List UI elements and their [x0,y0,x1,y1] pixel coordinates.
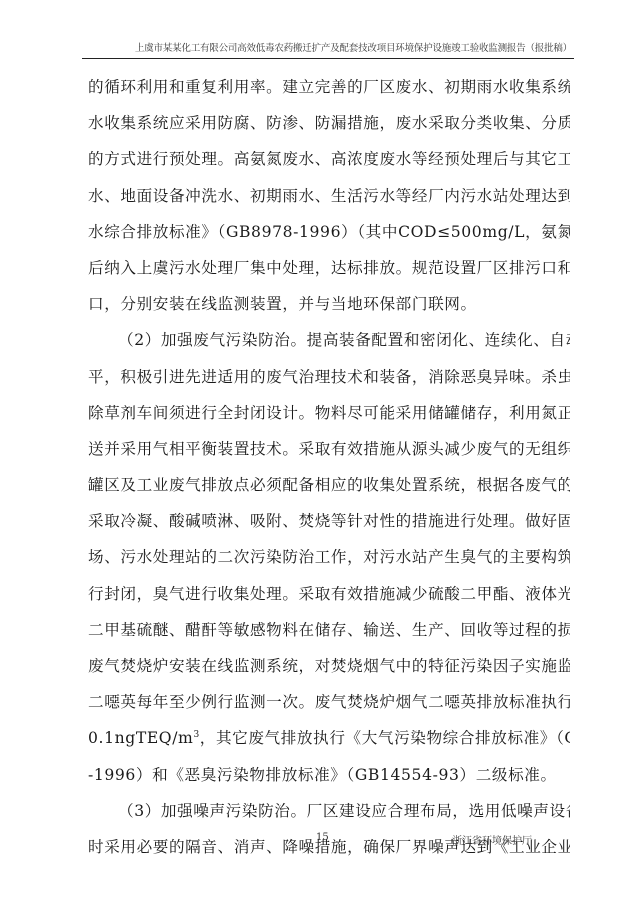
text-line: 的方式进行预处理。高氨氮废水、高浓度废水等经预处理后与其它工艺废 [88,141,570,177]
text-line: -1996）和《恶臭污染物排放标准》（GB14554-93）二级标准。 [88,757,570,793]
text-line: 采取冷凝、酸碱喷淋、吸附、焚烧等针对性的措施进行处理。做好固废堆 [88,503,570,539]
text-line: 送并采用气相平衡装置技术。采取有效措施从源头减少废气的无组织排放。 [88,431,570,467]
text-line: 水收集系统应采用防腐、防渗、防漏措施，废水采取分类收集、分质处理 [88,105,570,141]
text-line: 口，分别安装在线监测装置，并与当地环保部门联网。 [88,286,570,322]
header-divider [82,58,574,59]
text-line: 二噁英每年至少例行监测一次。废气焚烧炉烟气二噁英排放标准执行 [88,684,570,720]
text-line: 平，积极引进先进适用的废气治理技术和装备，消除恶臭异味。杀虫剂、 [88,359,570,395]
text-line: 后纳入上虞污水处理厂集中处理，达标排放。规范设置厂区排污口和雨排 [88,250,570,286]
text-line: 行封闭，臭气进行收集处理。采取有效措施减少硫酸二甲酯、液体光气、 [88,576,570,612]
document-body: 的循环利用和重复利用率。建立完善的厂区废水、初期雨水收集系统，污 水收集系统应采… [88,69,570,865]
text-line: 二甲基硫醚、醋酐等敏感物料在储存、输送、生产、回收等过程的损耗。 [88,612,570,648]
text-line: 罐区及工业废气排放点必须配备相应的收集处置系统，根据各废气的特点 [88,467,570,503]
text-line: 的循环利用和重复利用率。建立完善的厂区废水、初期雨水收集系统，污 [88,69,570,105]
paragraph-heading-noise-pollution: （3）加强噪声污染防治。厂区建设应合理布局，选用低噪声设备，同 [88,793,570,829]
emission-standard-text: ，其它废气排放执行《大气污染物综合排放标准》（GB16297 [200,729,570,747]
emission-value: 0.1ngTEQ/m [88,729,193,747]
text-line: 除草剂车间须进行全封闭设计。物料尽可能采用储罐储存，利用氮正压输 [88,395,570,431]
paragraph-heading-air-pollution: （2）加强废气污染防治。提高装备配置和密闭化、连续化、自动化水 [88,322,570,358]
text-line: 水、地面设备冲洗水、初期雨水、生活污水等经厂内污水站处理达到《污 [88,178,570,214]
running-header: 上虞市某某化工有限公司高效低毒农药搬迁扩产及配套技改项目环境保护设施竣工验收监测… [84,40,572,58]
text-line: 场、污水处理站的二次污染防治工作，对污水站产生臭气的主要构筑物进 [88,539,570,575]
text-line-emission-standard: 0.1ngTEQ/m3，其它废气排放执行《大气污染物综合排放标准》（GB1629… [88,720,570,756]
page-number: 15 [316,832,329,843]
footer-organization: 浙江省环境保护厅 [452,832,532,847]
text-line: 废气焚烧炉安装在线监测系统，对焚烧烟气中的特征污染因子实施监控， [88,648,570,684]
text-line: 水综合排放标准》（GB8978-1996）（其中COD≤500mg/L，氨氮≤3… [88,214,570,250]
